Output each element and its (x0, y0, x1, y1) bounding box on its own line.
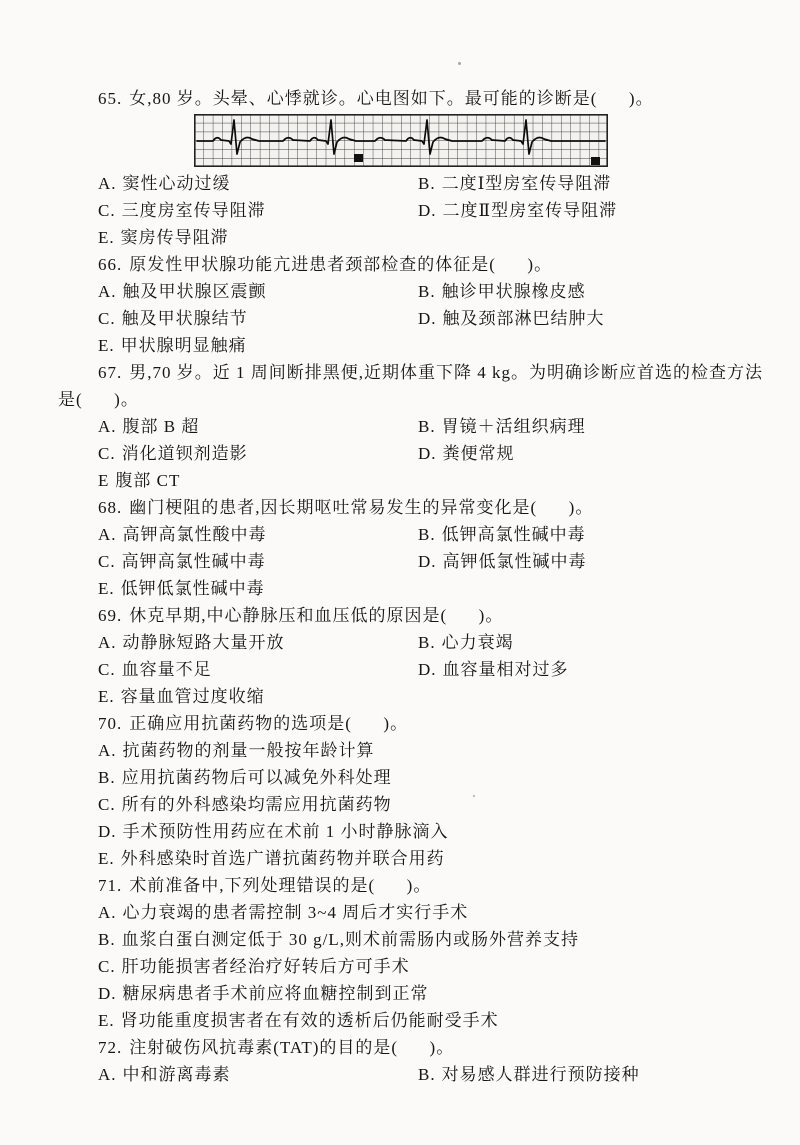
exam-questions-block: 65.女,80 岁。头晕、心悸就诊。心电图如下。最可能的诊断是( )。A.窦性心… (0, 85, 800, 1088)
option-text: 手术预防性用药应在术前 1 小时静脉滴入 (123, 822, 449, 841)
option: A.中和游离毒素 (98, 1065, 231, 1084)
option: C.三度房室传导阻滞 (98, 201, 266, 220)
question-stem-text: 休克早期,中心静脉压和血压低的原因是( )。 (129, 606, 503, 625)
option-label: A. (98, 282, 117, 301)
question-stem-text: 注射破伤风抗毒素(TAT)的目的是( )。 (129, 1038, 454, 1057)
option-row: C.肝功能损害者经治疗好转后方可手术 (0, 953, 800, 980)
option-text: 粪便常规 (443, 444, 515, 463)
option: E.低钾低氯性碱中毒 (98, 579, 265, 598)
option-text: 消化道钡剂造影 (122, 444, 248, 463)
question-stem-text: 原发性甲状腺功能亢进患者颈部检查的体征是( )。 (129, 255, 552, 274)
option-label: A. (98, 417, 117, 436)
option-label: E. (98, 1011, 115, 1030)
option: E.容量血管过度收缩 (98, 687, 265, 706)
option-text: 腹部 CT (115, 471, 180, 490)
question-stem-text: 幽门梗阻的患者,因长期呕吐常易发生的异常变化是( )。 (129, 498, 593, 517)
option-label: A. (98, 525, 117, 544)
option: D.二度Ⅱ型房室传导阻滞 (418, 197, 617, 224)
option-text: 甲状腺明显触痛 (121, 336, 247, 355)
option-text: 血容量相对过多 (443, 660, 569, 679)
question-stem-line: 是( )。 (0, 386, 800, 413)
option-label: A. (98, 174, 117, 193)
option-row: C.触及甲状腺结节D.触及颈部淋巴结肿大 (0, 305, 800, 332)
question-number: 68. (98, 498, 122, 517)
option-text: 低钾高氯性碱中毒 (442, 525, 586, 544)
option-row: A.高钾高氯性酸中毒B.低钾高氯性碱中毒 (0, 521, 800, 548)
option: E.甲状腺明显触痛 (98, 336, 247, 355)
option-label: B. (418, 525, 436, 544)
option-row: C.所有的外科感染均需应用抗菌药物 (0, 791, 800, 818)
option-text: 胃镜＋活组织病理 (442, 417, 586, 436)
option-label: D. (98, 822, 117, 841)
option: C.触及甲状腺结节 (98, 309, 248, 328)
option-label: C. (98, 552, 116, 571)
option-label: E. (98, 849, 115, 868)
question-stem-text: 正确应用抗菌药物的选项是( )。 (129, 714, 408, 733)
option-label: D. (98, 984, 117, 1003)
option-text: 触及甲状腺区震颤 (123, 282, 267, 301)
option-row: C.高钾高氯性碱中毒D.高钾低氯性碱中毒 (0, 548, 800, 575)
option: D.血容量相对过多 (418, 656, 569, 683)
option-row: E.容量血管过度收缩 (0, 683, 800, 710)
option-label: C. (98, 957, 116, 976)
option-text: 二度Ⅰ型房室传导阻滞 (442, 174, 612, 193)
option-row: E.窦房传导阻滞 (0, 224, 800, 251)
option-label: C. (98, 444, 116, 463)
exam-page-scan: { "page": { "background_color": "#fbfaf8… (0, 0, 800, 1145)
option-row: B.应用抗菌药物后可以减免外科处理 (0, 764, 800, 791)
option: C.所有的外科感染均需应用抗菌药物 (98, 795, 392, 814)
question-stem-line: 71.术前准备中,下列处理错误的是( )。 (0, 872, 800, 899)
option-label: A. (98, 633, 117, 652)
question-stem-line: 72.注射破伤风抗毒素(TAT)的目的是( )。 (0, 1034, 800, 1061)
option-text: 应用抗菌药物后可以减免外科处理 (122, 768, 392, 787)
option-row: A.动静脉短路大量开放B.心力衰竭 (0, 629, 800, 656)
option-row: A.心力衰竭的患者需控制 3~4 周后才实行手术 (0, 899, 800, 926)
question-number: 70. (98, 714, 122, 733)
option: B.血浆白蛋白测定低于 30 g/L,则术前需肠内或肠外营养支持 (98, 930, 579, 949)
option-text: 心力衰竭 (442, 633, 514, 652)
option-label: C. (98, 795, 116, 814)
option-row: A.触及甲状腺区震颤B.触诊甲状腺橡皮感 (0, 278, 800, 305)
question-number: 66. (98, 255, 122, 274)
option-row: E.甲状腺明显触痛 (0, 332, 800, 359)
option-label: D. (418, 201, 437, 220)
option-text: 对易感人群进行预防接种 (442, 1065, 640, 1084)
question-number: 67. (98, 363, 122, 382)
option-label: B. (418, 633, 436, 652)
option-label: E (98, 471, 109, 490)
option: C.高钾高氯性碱中毒 (98, 552, 266, 571)
option-text: 肾功能重度损害者在有效的透析后仍能耐受手术 (121, 1011, 499, 1030)
option: A.心力衰竭的患者需控制 3~4 周后才实行手术 (98, 903, 468, 922)
option: E.肾功能重度损害者在有效的透析后仍能耐受手术 (98, 1011, 499, 1030)
option: E腹部 CT (98, 471, 180, 490)
option: E.窦房传导阻滞 (98, 228, 229, 247)
option: B.心力衰竭 (418, 629, 514, 656)
question-stem-line: 69.休克早期,中心静脉压和血压低的原因是( )。 (0, 602, 800, 629)
option-text: 中和游离毒素 (123, 1065, 231, 1084)
ecg-svg (194, 114, 608, 167)
option: D.手术预防性用药应在术前 1 小时静脉滴入 (98, 822, 449, 841)
option: A.抗菌药物的剂量一般按年龄计算 (98, 741, 375, 760)
option-label: B. (418, 1065, 436, 1084)
option: B.二度Ⅰ型房室传导阻滞 (418, 170, 611, 197)
option-label: E. (98, 579, 115, 598)
question-stem-text: 是( )。 (58, 390, 139, 409)
option: A.动静脉短路大量开放 (98, 633, 285, 652)
option-row: C.血容量不足D.血容量相对过多 (0, 656, 800, 683)
option-label: D. (418, 552, 437, 571)
option-text: 高钾低氯性碱中毒 (443, 552, 587, 571)
option-row: A.中和游离毒素B.对易感人群进行预防接种 (0, 1061, 800, 1088)
question-number: 65. (98, 89, 122, 108)
scan-speck (473, 795, 475, 797)
option-row: D.手术预防性用药应在术前 1 小时静脉滴入 (0, 818, 800, 845)
option: B.触诊甲状腺橡皮感 (418, 278, 586, 305)
option-text: 血容量不足 (122, 660, 212, 679)
option-row: C.三度房室传导阻滞D.二度Ⅱ型房室传导阻滞 (0, 197, 800, 224)
question-stem-text: 女,80 岁。头晕、心悸就诊。心电图如下。最可能的诊断是( )。 (129, 89, 653, 108)
option-text: 低钾低氯性碱中毒 (121, 579, 265, 598)
option-label: B. (418, 417, 436, 436)
option: C.血容量不足 (98, 660, 212, 679)
option: D.高钾低氯性碱中毒 (418, 548, 587, 575)
option-label: E. (98, 228, 115, 247)
ecg-strip-image (194, 114, 608, 167)
option-label: A. (98, 741, 117, 760)
option-text: 高钾高氯性碱中毒 (122, 552, 266, 571)
ecg-figure (0, 113, 800, 170)
option-label: D. (418, 309, 437, 328)
option-label: C. (98, 309, 116, 328)
option: E.外科感染时首选广谱抗菌药物并联合用药 (98, 849, 445, 868)
question-stem-line: 65.女,80 岁。头晕、心悸就诊。心电图如下。最可能的诊断是( )。 (0, 85, 800, 113)
option-label: E. (98, 687, 115, 706)
question-number: 69. (98, 606, 122, 625)
option-text: 血浆白蛋白测定低于 30 g/L,则术前需肠内或肠外营养支持 (122, 930, 579, 949)
option-text: 心力衰竭的患者需控制 3~4 周后才实行手术 (123, 903, 469, 922)
scan-speck (533, 552, 535, 554)
question-number: 71. (98, 876, 122, 895)
option-row: E.肾功能重度损害者在有效的透析后仍能耐受手术 (0, 1007, 800, 1034)
question-stem-text: 男,70 岁。近 1 周间断排黑便,近期体重下降 4 kg。为明确诊断应首选的检… (129, 363, 763, 382)
question-stem-line: 67.男,70 岁。近 1 周间断排黑便,近期体重下降 4 kg。为明确诊断应首… (0, 359, 800, 386)
option-label: D. (418, 444, 437, 463)
option-row: A.腹部 B 超B.胃镜＋活组织病理 (0, 413, 800, 440)
option-row: E.外科感染时首选广谱抗菌药物并联合用药 (0, 845, 800, 872)
option-text: 窦房传导阻滞 (121, 228, 229, 247)
option: C.消化道钡剂造影 (98, 444, 248, 463)
option-row: E.低钾低氯性碱中毒 (0, 575, 800, 602)
option-label: D. (418, 660, 437, 679)
option: D.触及颈部淋巴结肿大 (418, 305, 605, 332)
option-label: A. (98, 903, 117, 922)
option-label: B. (418, 174, 436, 193)
option-text: 肝功能损害者经治疗好转后方可手术 (122, 957, 410, 976)
option: B.低钾高氯性碱中毒 (418, 521, 586, 548)
option-row: C.消化道钡剂造影D.粪便常规 (0, 440, 800, 467)
option-text: 触及甲状腺结节 (122, 309, 248, 328)
option-text: 触及颈部淋巴结肿大 (443, 309, 605, 328)
option-row: A.抗菌药物的剂量一般按年龄计算 (0, 737, 800, 764)
option-text: 二度Ⅱ型房室传导阻滞 (443, 201, 618, 220)
option-row: B.血浆白蛋白测定低于 30 g/L,则术前需肠内或肠外营养支持 (0, 926, 800, 953)
question-number: 72. (98, 1038, 122, 1057)
option-row: D.糖尿病患者手术前应将血糖控制到正常 (0, 980, 800, 1007)
option-row: A.窦性心动过缓B.二度Ⅰ型房室传导阻滞 (0, 170, 800, 197)
option-label: C. (98, 660, 116, 679)
option-label: A. (98, 1065, 117, 1084)
question-stem-line: 70.正确应用抗菌药物的选项是( )。 (0, 710, 800, 737)
question-stem-text: 术前准备中,下列处理错误的是( )。 (129, 876, 431, 895)
option-label: B. (98, 930, 116, 949)
option: A.高钾高氯性酸中毒 (98, 525, 267, 544)
option-label: B. (98, 768, 116, 787)
option: B.应用抗菌药物后可以减免外科处理 (98, 768, 392, 787)
option-text: 窦性心动过缓 (123, 174, 231, 193)
option-label: E. (98, 336, 115, 355)
option-text: 糖尿病患者手术前应将血糖控制到正常 (123, 984, 429, 1003)
option-text: 抗菌药物的剂量一般按年龄计算 (123, 741, 375, 760)
option: B.胃镜＋活组织病理 (418, 413, 586, 440)
option: A.触及甲状腺区震颤 (98, 282, 267, 301)
question-stem-line: 68.幽门梗阻的患者,因长期呕吐常易发生的异常变化是( )。 (0, 494, 800, 521)
option: A.窦性心动过缓 (98, 174, 231, 193)
option-label: C. (98, 201, 116, 220)
option-text: 容量血管过度收缩 (121, 687, 265, 706)
option-row: E腹部 CT (0, 467, 800, 494)
option-text: 动静脉短路大量开放 (123, 633, 285, 652)
option-text: 三度房室传导阻滞 (122, 201, 266, 220)
option-label: B. (418, 282, 436, 301)
option-text: 腹部 B 超 (123, 417, 200, 436)
option: B.对易感人群进行预防接种 (418, 1061, 640, 1088)
option: A.腹部 B 超 (98, 417, 199, 436)
option-text: 触诊甲状腺橡皮感 (442, 282, 586, 301)
option: C.肝功能损害者经治疗好转后方可手术 (98, 957, 410, 976)
option: D.糖尿病患者手术前应将血糖控制到正常 (98, 984, 429, 1003)
question-stem-line: 66.原发性甲状腺功能亢进患者颈部检查的体征是( )。 (0, 251, 800, 278)
option-text: 所有的外科感染均需应用抗菌药物 (122, 795, 392, 814)
scan-speck (458, 62, 461, 65)
option-text: 外科感染时首选广谱抗菌药物并联合用药 (121, 849, 445, 868)
option-text: 高钾高氯性酸中毒 (123, 525, 267, 544)
option: D.粪便常规 (418, 440, 515, 467)
